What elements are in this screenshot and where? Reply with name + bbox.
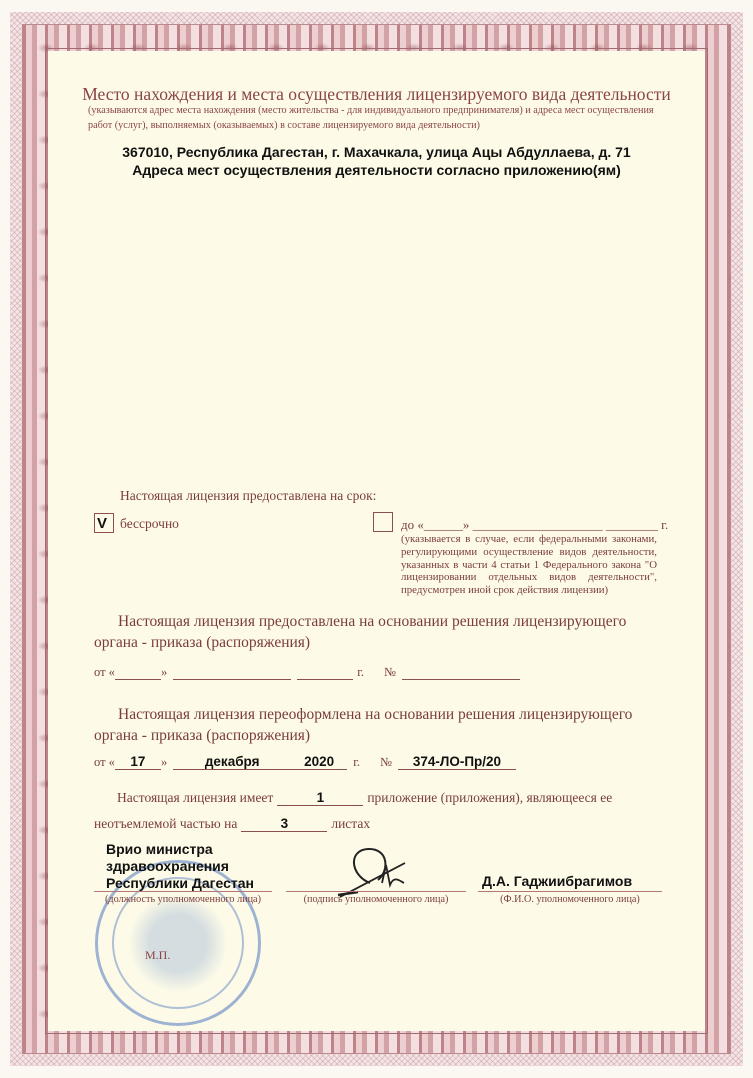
year-suffix: г. [357, 665, 364, 680]
position-caption: (должность уполномоченного лица) [94, 894, 272, 905]
from-label: от « [94, 755, 115, 770]
appendix-sheets-row: неотъемлемой частью на 3 листах [94, 815, 370, 832]
appendix-sheets-text: листах [331, 816, 370, 832]
until-date-field: до «______» ____________________ _______… [401, 517, 668, 533]
signer-position: Врио министра здравоохранения Республики… [106, 841, 254, 892]
check-mark-icon: V [97, 516, 107, 532]
quote-close: » [161, 755, 167, 770]
address-line: 367010, Республика Дагестан, г. Махачкал… [48, 144, 705, 160]
from-label: от « [94, 665, 115, 680]
appendix-text: приложение (приложения), являющееся ее [367, 790, 612, 806]
perpetual-label: бессрочно [120, 516, 179, 532]
signer-name: Д.А. Гаджиибрагимов [482, 873, 632, 889]
appendix-text: Настоящая лицензия имеет [117, 790, 273, 806]
until-date-checkbox[interactable] [373, 512, 393, 532]
appendix-count-field: 1 [277, 789, 363, 806]
signature-caption: (подпись уполномоченного лица) [286, 894, 466, 905]
number-label: № [384, 665, 396, 680]
grant-order-row: от « » г. № [94, 663, 520, 680]
number-label: № [380, 755, 392, 770]
reissue-order-row: от « 17 » декабря 2020 г. № 374-ЛО-Пр/20 [94, 753, 516, 770]
quote-close: » [161, 665, 167, 680]
grant-month-field [173, 663, 291, 680]
position-line [94, 891, 272, 892]
reissue-basis-text: Настоящая лицензия переоформлена на осно… [94, 704, 674, 746]
year-suffix: г. [353, 755, 360, 770]
signature-line [286, 891, 466, 892]
reissue-month-field: декабря [173, 753, 291, 770]
grant-basis-text: Настоящая лицензия предоставлена на осно… [94, 611, 674, 653]
term-label: Настоящая лицензия предоставлена на срок… [120, 488, 376, 504]
name-caption: (Ф.И.О. уполномоченного лица) [478, 894, 662, 905]
reissue-day-field: 17 [115, 753, 161, 770]
reissue-number-field: 374-ЛО-Пр/20 [398, 753, 516, 770]
section-note: (указываются адрес места нахождения (мес… [88, 103, 668, 133]
grant-day-field [115, 663, 161, 680]
appendix-sheets-text: неотъемлемой частью на [94, 816, 237, 832]
reissue-year-field: 2020 [291, 753, 347, 770]
appendix-row: Настоящая лицензия имеет 1 приложение (п… [117, 789, 612, 806]
section-title: Место нахождения и места осуществления л… [48, 84, 705, 105]
grant-year-field [297, 663, 353, 680]
grant-number-field [402, 663, 520, 680]
until-date-note: (указывается в случае, если федеральными… [401, 533, 657, 597]
appendix-sheets-field: 3 [241, 815, 327, 832]
activity-address-line: Адреса мест осуществления деятельности с… [48, 162, 705, 178]
seal-label: М.П. [145, 948, 170, 963]
name-line [478, 891, 662, 892]
perpetual-checkbox[interactable]: V [94, 513, 114, 533]
